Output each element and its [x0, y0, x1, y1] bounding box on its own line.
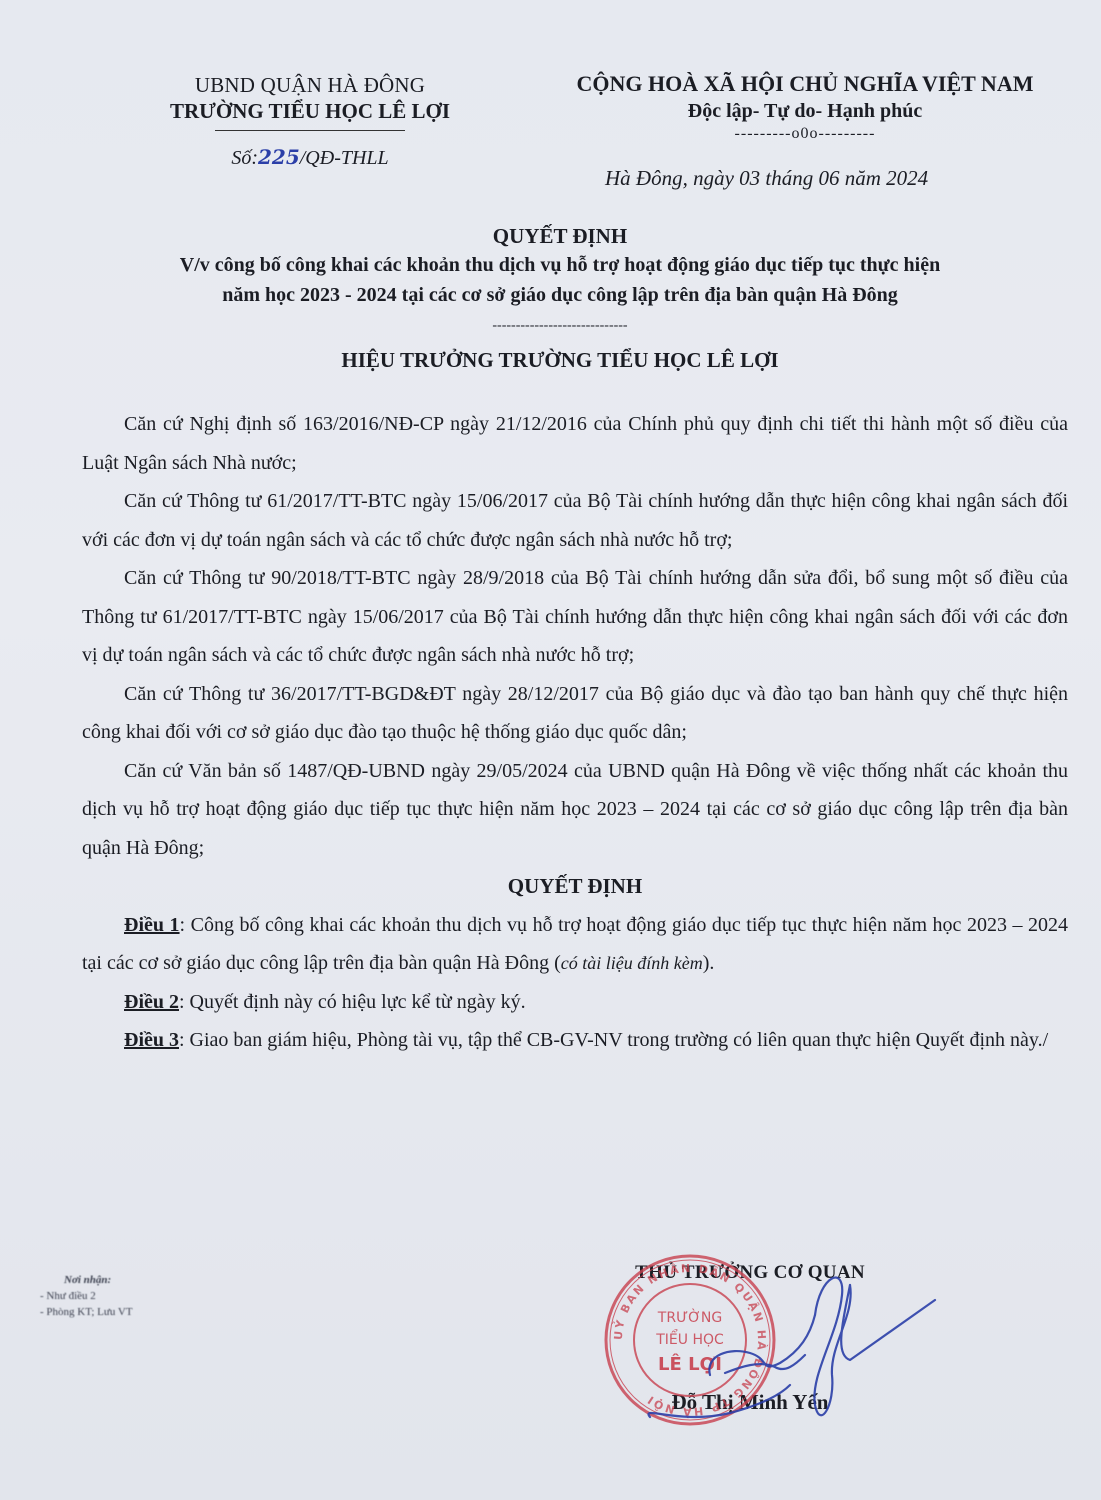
legal-basis: Căn cứ Nghị định số 163/2016/NĐ-CP ngày …: [82, 405, 1068, 482]
legal-basis: Căn cứ Thông tư 61/2017/TT-BTC ngày 15/0…: [82, 482, 1068, 559]
document-number-handwritten: 225: [258, 145, 300, 169]
article-label: Điều 1: [124, 914, 180, 936]
recipient-item: - Phòng KT; Lưu VT: [40, 1304, 300, 1320]
legal-basis: Căn cứ Thông tư 90/2018/TT-BTC ngày 28/9…: [82, 559, 1068, 675]
subject-line-2: năm học 2023 - 2024 tại các cơ sở giáo d…: [60, 280, 1060, 310]
authority-heading: HIỆU TRƯỞNG TRƯỜNG TIỂU HỌC LÊ LỢI: [60, 348, 1060, 373]
article-tail: ).: [703, 952, 715, 974]
school-name: TRƯỜNG TIỂU HỌC LÊ LỢI: [100, 98, 520, 124]
article-note: có tài liệu đính kèm: [561, 953, 703, 973]
legal-basis: Căn cứ Thông tư 36/2017/TT-BGD&ĐT ngày 2…: [82, 675, 1068, 752]
republic-title: CỘNG HOÀ XÃ HỘI CHỦ NGHĨA VIỆT NAM: [525, 70, 1085, 98]
issuing-authority: UBND QUẬN HÀ ĐÔNG: [100, 72, 520, 98]
title-block: QUYẾT ĐỊNH V/v công bố công khai các kho…: [60, 222, 1060, 373]
article-label: Điều 3: [124, 1029, 179, 1051]
article-text: : Quyết định này có hiệu lực kể từ ngày …: [179, 991, 526, 1013]
article-label: Điều 2: [124, 991, 179, 1013]
national-motto: Độc lập- Tự do- Hạnh phúc: [525, 98, 1085, 124]
decision-heading: QUYẾT ĐỊNH: [82, 867, 1068, 906]
document-type: QUYẾT ĐỊNH: [60, 222, 1060, 250]
recipients-label: Nơi nhận:: [40, 1272, 300, 1288]
title-rule: -----------------------------: [60, 318, 1060, 334]
article-text: : Giao ban giám hiệu, Phòng tài vụ, tập …: [179, 1029, 1048, 1051]
recipient-item: - Như điều 2: [40, 1288, 300, 1304]
document-number-prefix: Số:: [231, 147, 258, 169]
document-number: Số:225/QĐ-THLL: [100, 145, 520, 170]
motto-separator: ---------o0o---------: [525, 124, 1085, 144]
issuer-header: UBND QUẬN HÀ ĐÔNG TRƯỜNG TIỂU HỌC LÊ LỢI…: [100, 72, 520, 170]
legal-basis: Căn cứ Văn bản số 1487/QĐ-UBND ngày 29/0…: [82, 752, 1068, 868]
subject-line-1: V/v công bố công khai các khoản thu dịch…: [60, 250, 1060, 280]
document-page: UBND QUẬN HÀ ĐÔNG TRƯỜNG TIỂU HỌC LÊ LỢI…: [0, 0, 1101, 1500]
article-1: Điều 1: Công bố công khai các khoản thu …: [82, 906, 1068, 983]
document-body: Căn cứ Nghị định số 163/2016/NĐ-CP ngày …: [82, 405, 1068, 1060]
document-number-suffix: /QĐ-THLL: [300, 147, 389, 169]
article-2: Điều 2: Quyết định này có hiệu lực kể từ…: [82, 983, 1068, 1022]
article-3: Điều 3: Giao ban giám hiệu, Phòng tài vụ…: [82, 1021, 1068, 1060]
national-header: CỘNG HOÀ XÃ HỘI CHỦ NGHĨA VIỆT NAM Độc l…: [525, 70, 1085, 191]
handwritten-signature-icon: [610, 1255, 950, 1435]
header-underline: [215, 130, 405, 131]
place-and-date: Hà Đông, ngày 03 tháng 06 năm 2024: [525, 166, 1085, 191]
recipients-list: Nơi nhận: - Như điều 2 - Phòng KT; Lưu V…: [40, 1272, 300, 1320]
